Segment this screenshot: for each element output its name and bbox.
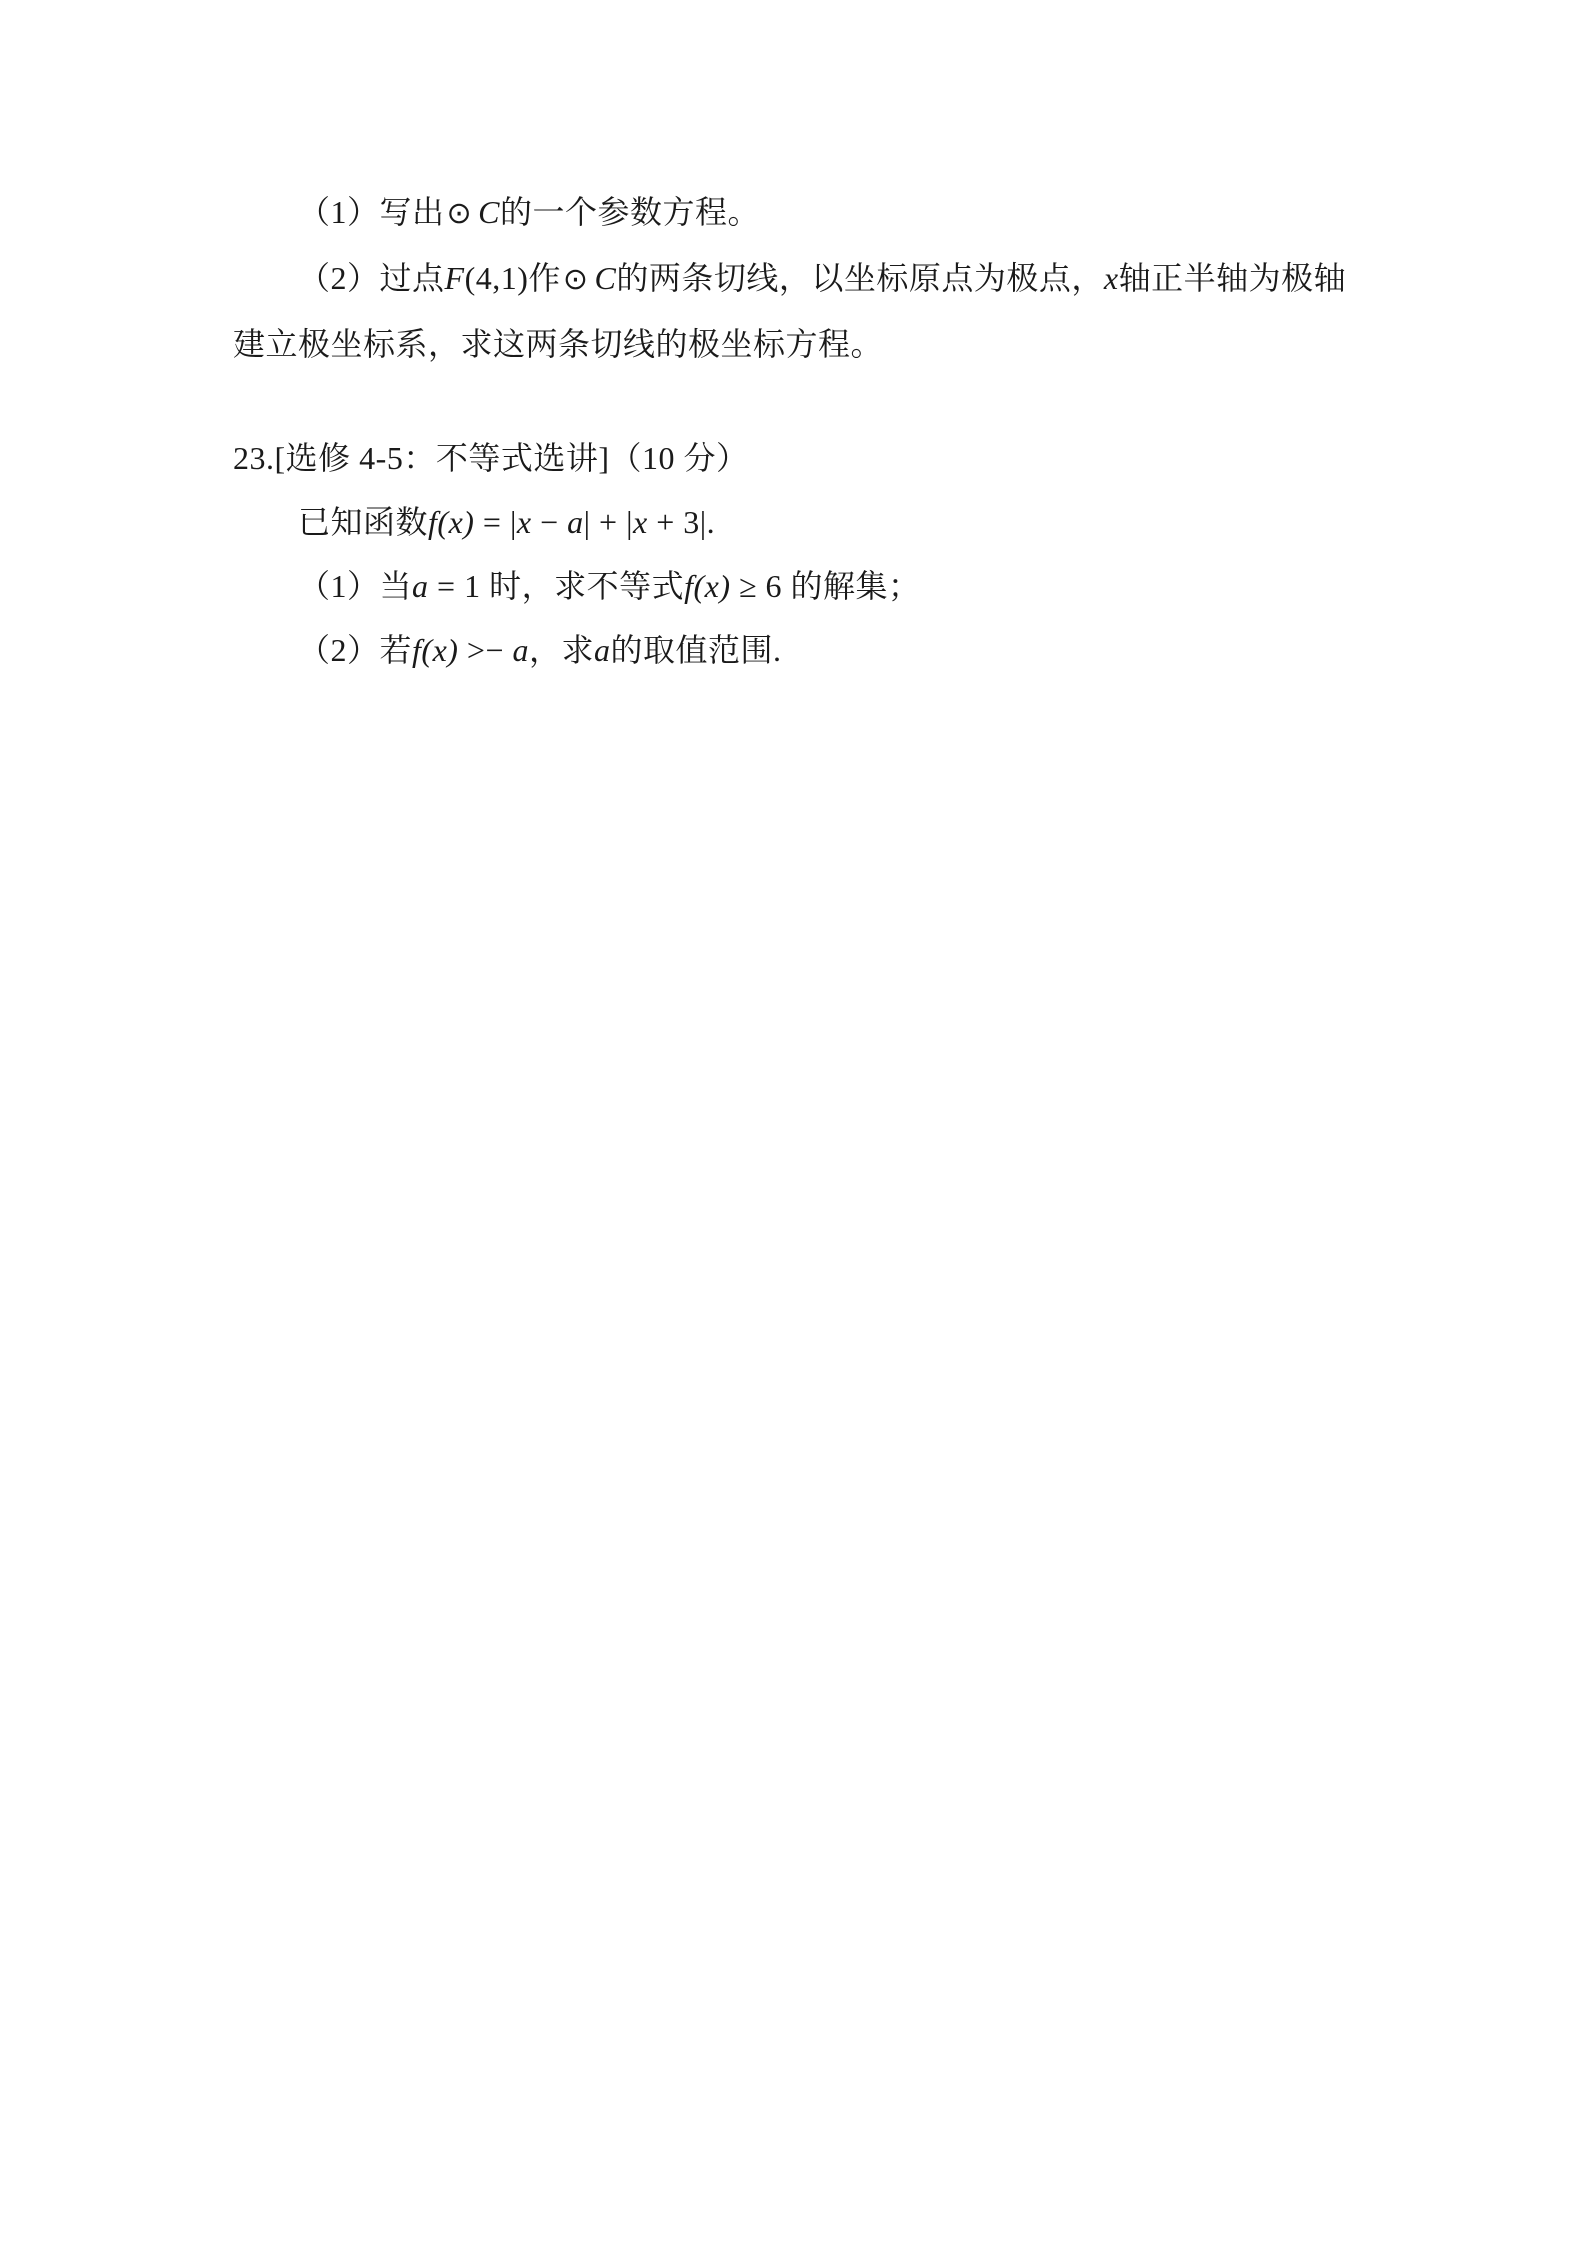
math-operator: = 1 [429, 568, 490, 604]
question-23-sub2-line: （2）若f(x) >− a，求a的取值范围. [233, 618, 1426, 682]
text-segment: 时，求不等式 [489, 568, 684, 604]
math-operator: + 3|. [648, 504, 715, 540]
math-variable-x: x [633, 504, 648, 540]
math-variable-x: x [517, 504, 532, 540]
text-segment: ，求 [529, 632, 594, 668]
text-segment: （1）写出 [298, 194, 445, 230]
question-22-sub2-continuation-line: 建立极坐标系，求这两条切线的极坐标方程。 [233, 312, 1426, 376]
math-variable-a: a [513, 632, 530, 668]
math-variable-c: C [595, 260, 617, 296]
text-segment: 的取值范围. [611, 632, 782, 668]
text-segment: （1）当 [298, 568, 412, 604]
question-23-sub1-line: （1）当a = 1 时，求不等式f(x) ≥ 6 的解集； [233, 554, 1426, 618]
text-segment: （2）若 [298, 632, 412, 668]
math-operator: >− [458, 632, 512, 668]
math-variable-f-point: F [445, 260, 465, 296]
text-segment: 建立极坐标系，求这两条切线的极坐标方程。 [233, 326, 883, 362]
math-variable-a: a [412, 568, 429, 604]
math-variable-c: C [478, 194, 500, 230]
text-segment: 的一个参数方程。 [500, 194, 760, 230]
question-23-given-line: 已知函数f(x) = |x − a| + |x + 3|. [233, 490, 1426, 554]
math-operator: = | [474, 504, 516, 540]
text-segment: 作 [528, 260, 561, 296]
math-operator: | + | [584, 504, 633, 540]
math-function-fx: f(x) [684, 568, 730, 604]
text-segment: 轴正半轴为极轴 [1119, 260, 1347, 296]
text-segment: 已知函数 [298, 504, 428, 540]
math-function-fx: f(x) [412, 632, 458, 668]
math-operator: − [532, 504, 568, 540]
exam-document-page: （1）写出⊙C的一个参数方程。 （2）过点F(4,1)作⊙C的两条切线，以坐标原… [0, 0, 1586, 2245]
text-segment: 的两条切线，以坐标原点为极点， [616, 260, 1104, 296]
text-segment: 23.[选修 4-5：不等式选讲]（10 分） [233, 440, 748, 476]
math-operator: ≥ 6 [730, 568, 790, 604]
question-22-sub1-line: （1）写出⊙C的一个参数方程。 [233, 180, 1426, 246]
math-function-fx: f(x) [428, 504, 474, 540]
text-segment: 的解集； [791, 568, 921, 604]
math-coordinates: (4,1) [465, 260, 529, 296]
math-variable-x: x [1104, 260, 1119, 296]
text-segment: （2）过点 [298, 260, 445, 296]
circled-dot-symbol: ⊙ [447, 196, 473, 231]
math-variable-a: a [567, 504, 584, 540]
circled-dot-symbol: ⊙ [563, 262, 589, 297]
math-variable-a: a [594, 632, 611, 668]
question-23-title-line: 23.[选修 4-5：不等式选讲]（10 分） [233, 426, 1426, 490]
question-22-sub2-line: （2）过点F(4,1)作⊙C的两条切线，以坐标原点为极点，x轴正半轴为极轴 [233, 246, 1426, 312]
